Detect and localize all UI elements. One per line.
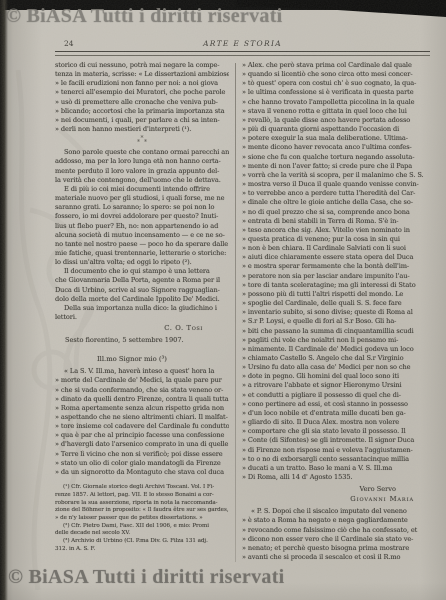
letter-body-left: « La S. V. Ill.ma, haverà inteso a quest…	[55, 367, 229, 477]
watermark-top: © BiASA Tutti i diritti riservati	[6, 5, 283, 28]
page-content: 24 ARTE E STORIA storico di cui nessuno,…	[55, 36, 430, 562]
footnote-3: (³) Archivio di Urbino (Cl. P.ma Div. G.…	[55, 538, 229, 553]
right-column: » Alex. che però stava prima col Cardina…	[242, 61, 430, 562]
column-divider	[235, 63, 236, 562]
letter-valediction: Vero Servo	[242, 485, 430, 495]
journal-title: ARTE E STORIA	[55, 39, 430, 48]
letter-body-right: » Alex. che però stava prima col Cardina…	[242, 61, 430, 482]
scanned-page: © BiASA Tutti i diritti riservati 24 ART…	[0, 0, 446, 600]
paragraph-il-documento: Il documento che io qui stampo è una let…	[55, 267, 229, 304]
paragraph-e-di-piu: E di più io coi miei documenti intendo o…	[55, 185, 229, 267]
scan-edge-left	[0, 0, 8, 600]
watermark-bottom: © BiASA Tutti i diritti riservati	[8, 566, 285, 589]
dateline: Sesto fiorentino, 5 settembre 1907.	[55, 336, 229, 345]
left-column: storico di cui nessuno, potrà mai negare…	[55, 61, 229, 562]
text-columns: storico di cui nessuno, potrà mai negare…	[55, 61, 430, 562]
running-header: 24 ARTE E STORIA	[55, 36, 430, 51]
letter-salutation: Ill.mo Signor mio (³)	[55, 355, 229, 364]
paragraph-sono-parole: Sono parole queste che contano ormai par…	[55, 148, 229, 185]
letter-signatory: Giovanni Maria	[242, 495, 430, 505]
header-rule	[55, 51, 430, 56]
letter-closing: Vero Servo Giovanni Maria	[242, 485, 430, 504]
paragraph-importanza: Della sua importanza nulla dico: la giud…	[55, 304, 229, 322]
footnote-2: (²) Cfr. Pietro Dami, Fasc. XII del 1906…	[55, 523, 229, 538]
paragraph-intro: storico di cui nessuno, potrà mai negare…	[55, 61, 229, 134]
author-signature: C. O. Tosi	[55, 324, 229, 333]
letter-postscript: « P. S. Dopoi che il siscalco imputato d…	[242, 507, 430, 562]
footnote-1: (¹) Cfr. Giornale storico degli Archivi …	[55, 484, 229, 523]
asterism-separator: * **	[55, 134, 229, 148]
